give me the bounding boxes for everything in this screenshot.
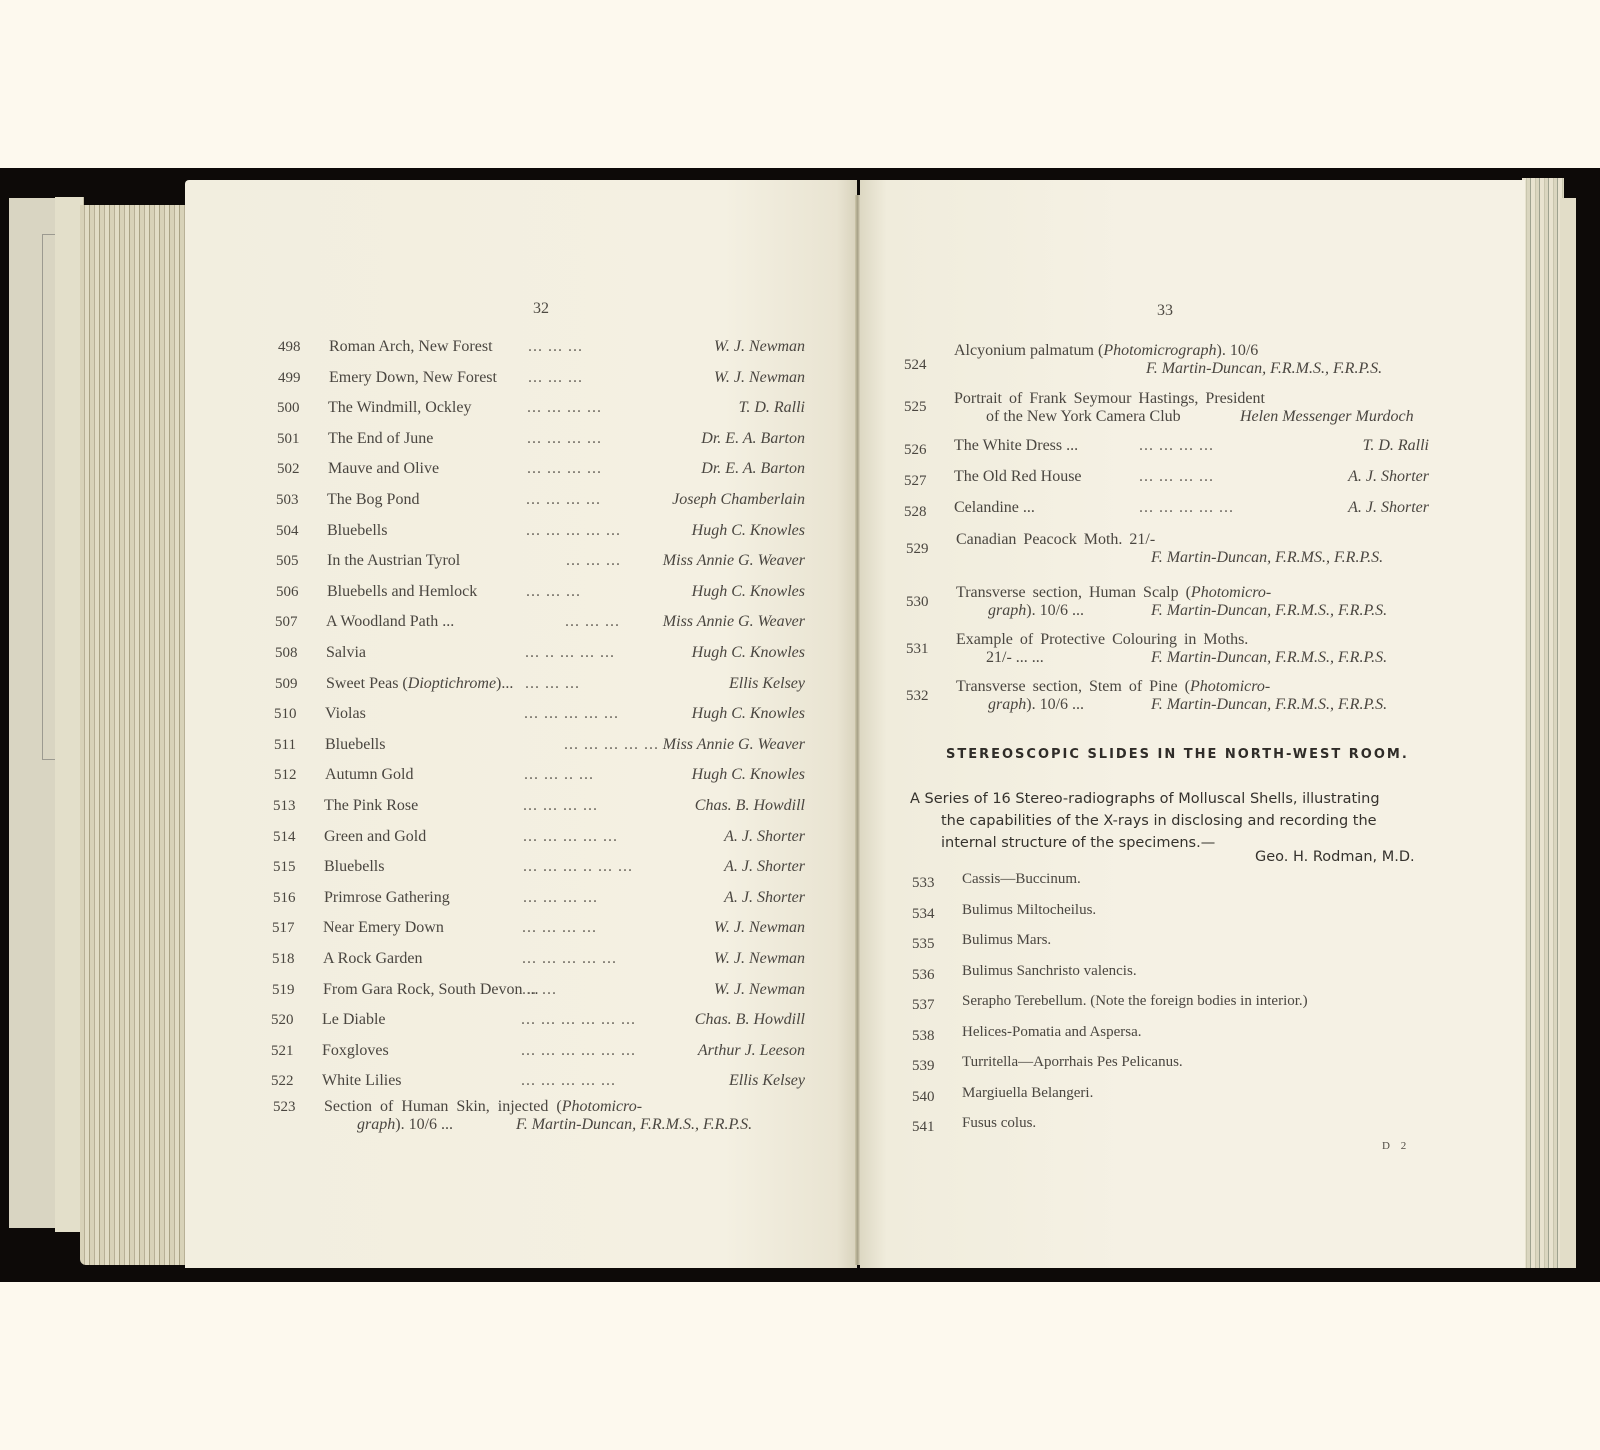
leader-dots: ... ... ... ... bbox=[1139, 437, 1214, 455]
left-insert-diagram-lines bbox=[42, 234, 55, 760]
entry-title: Bluebells bbox=[327, 522, 387, 540]
entry-title: Canadian Peacock Moth. 21/- bbox=[956, 531, 1155, 549]
entry-title: Serapho Terebellum. (Note the foreign bo… bbox=[962, 992, 1308, 1010]
entry-author: Joseph Chamberlain bbox=[672, 491, 805, 509]
leader-dots: ... ... ... ... ... bbox=[564, 736, 659, 754]
entry-number: 540 bbox=[912, 1088, 935, 1106]
entry-number: 537 bbox=[912, 996, 935, 1014]
leader-dots: ... ... ... ... ... ... bbox=[521, 1042, 636, 1060]
entry-number: 532 bbox=[906, 687, 929, 705]
leader-dots: ... ... ... bbox=[528, 369, 583, 387]
entry-title: Roman Arch, New Forest bbox=[329, 338, 493, 356]
entry-number: 505 bbox=[276, 552, 299, 570]
leader-dots: ... ... ... ... ... bbox=[526, 522, 621, 540]
entry-number: 508 bbox=[275, 644, 298, 662]
leader-dots: ... ... ... ... ... bbox=[524, 705, 619, 723]
entry-number: 502 bbox=[277, 460, 300, 478]
entry-author: Arthur J. Leeson bbox=[698, 1042, 805, 1060]
entry-number: 536 bbox=[912, 966, 935, 984]
leader-dots: ... ... ... ... bbox=[527, 399, 602, 417]
entry-title: Fusus colus. bbox=[962, 1114, 1036, 1132]
entry-author: Dr. E. A. Barton bbox=[701, 460, 805, 478]
series-signature: Geo. H. Rodman, M.D. bbox=[1255, 846, 1415, 868]
entry-author: W. J. Newman bbox=[714, 950, 805, 968]
entry-title: Primrose Gathering bbox=[324, 889, 450, 907]
leader-dots: ... ... ... ... bbox=[523, 797, 598, 815]
entry-author: Hugh C. Knowles bbox=[692, 705, 805, 723]
entry-title: Bluebells and Hemlock bbox=[327, 583, 477, 601]
entry-number: 534 bbox=[912, 905, 935, 923]
leader-dots: ... ... ... ... bbox=[523, 889, 598, 907]
entry-title: The Windmill, Ockley bbox=[328, 399, 471, 417]
entry-title: Emery Down, New Forest bbox=[329, 369, 497, 387]
entry-title: Sweet Peas (Dioptichrome)... bbox=[326, 675, 513, 693]
entry-author: Ellis Kelsey bbox=[729, 1072, 805, 1090]
entry-author: F. Martin-Duncan, F.R.M.S., F.R.P.S. bbox=[1146, 360, 1382, 378]
leader-dots: ... ... ... bbox=[565, 613, 620, 631]
entry-title: Violas bbox=[325, 705, 366, 723]
entry-title: Green and Gold bbox=[324, 828, 426, 846]
entry-title: Transverse section, Stem of Pine (Photom… bbox=[956, 678, 1270, 696]
right-cover-board bbox=[1560, 198, 1576, 1268]
entry-author: W. J. Newman bbox=[714, 981, 805, 999]
entry-number: 519 bbox=[272, 981, 295, 999]
leader-dots: ... ... ... bbox=[526, 583, 581, 601]
entry-title: Celandine ... bbox=[954, 499, 1035, 517]
entry-title: Transverse section, Human Scalp (Photomi… bbox=[956, 584, 1271, 602]
entry-number: 522 bbox=[271, 1072, 294, 1090]
entry-author: T. D. Ralli bbox=[1363, 437, 1429, 455]
entry-author: W. J. Newman bbox=[714, 919, 805, 937]
entry-author: Miss Annie G. Weaver bbox=[663, 552, 805, 570]
entry-author: F. Martin-Duncan, F.R.M.S., F.R.P.S. bbox=[516, 1116, 752, 1134]
entry-number: 539 bbox=[912, 1057, 935, 1075]
entry-number: 516 bbox=[273, 889, 296, 907]
entry-number: 501 bbox=[277, 430, 300, 448]
entry-author: A. J. Shorter bbox=[724, 889, 805, 907]
entry-title: Helices-Pomatia and Aspersa. bbox=[962, 1023, 1142, 1041]
leader-dots: ... ... ... .. ... ... bbox=[523, 858, 633, 876]
entry-number: 538 bbox=[912, 1027, 935, 1045]
entry-number: 527 bbox=[904, 472, 927, 490]
entry-title: Le Diable bbox=[322, 1011, 386, 1029]
entry-author: Miss Annie G. Weaver bbox=[663, 736, 805, 754]
leader-dots: ... ... ... bbox=[566, 552, 621, 570]
entry-title: Bulimus Sanchristo valencis. bbox=[962, 962, 1137, 980]
leader-dots: ... ... ... ... bbox=[527, 430, 602, 448]
leader-dots: ... ... ... ... ... bbox=[1139, 499, 1234, 517]
entry-title: The Pink Rose bbox=[324, 797, 418, 815]
entry-author: A. J. Shorter bbox=[724, 858, 805, 876]
entry-title: From Gara Rock, South Devon ... bbox=[323, 981, 539, 999]
entry-number: 513 bbox=[273, 797, 296, 815]
entry-title: Example of Protective Colouring in Moths… bbox=[956, 631, 1248, 649]
entry-number: 528 bbox=[904, 503, 927, 521]
entry-author: Helen Messenger Murdoch bbox=[1240, 408, 1414, 426]
leader-dots: ... ... bbox=[522, 981, 557, 999]
entry-author: Ellis Kelsey bbox=[729, 675, 805, 693]
entry-title: Mauve and Olive bbox=[328, 460, 439, 478]
entry-author: A. J. Shorter bbox=[1348, 468, 1429, 486]
entry-number: 509 bbox=[275, 675, 298, 693]
entry-author: W. J. Newman bbox=[714, 338, 805, 356]
leader-dots: ... .. ... ... ... bbox=[525, 644, 615, 662]
entry-author: F. Martin-Duncan, F.R.M.S., F.R.P.S. bbox=[1151, 696, 1387, 714]
entry-number: 499 bbox=[278, 369, 301, 387]
leader-dots: ... ... ... ... bbox=[1139, 468, 1214, 486]
entry-title: In the Austrian Tyrol bbox=[327, 552, 460, 570]
left-page-edges bbox=[80, 205, 188, 1265]
entry-author: Hugh C. Knowles bbox=[692, 583, 805, 601]
series-description: A Series of 16 Stereo-radiographs of Mol… bbox=[910, 788, 1438, 854]
entry-number: 503 bbox=[276, 491, 299, 509]
leader-dots: ... ... ... bbox=[525, 675, 580, 693]
entry-number: 504 bbox=[276, 522, 299, 540]
entry-title: Turritella—Aporrhais Pes Pelicanus. bbox=[962, 1053, 1183, 1071]
entry-title: A Woodland Path ... bbox=[326, 613, 454, 631]
entry-number: 530 bbox=[906, 593, 929, 611]
page-number-right: 33 bbox=[1157, 302, 1173, 320]
entry-number: 510 bbox=[274, 705, 297, 723]
entry-number: 531 bbox=[906, 640, 929, 658]
entry-number: 517 bbox=[272, 919, 295, 937]
entry-author: F. Martin-Duncan, F.R.M.S., F.R.P.S. bbox=[1151, 602, 1387, 620]
page-number-left: 32 bbox=[533, 300, 549, 318]
entry-title: A Rock Garden bbox=[323, 950, 423, 968]
entry-number: 518 bbox=[272, 950, 295, 968]
entry-author: Chas. B. Howdill bbox=[695, 797, 805, 815]
entry-title: Near Emery Down bbox=[323, 919, 444, 937]
entry-number: 511 bbox=[274, 736, 296, 754]
entry-title: Bluebells bbox=[324, 858, 384, 876]
printer-signature-mark: D 2 bbox=[1382, 1140, 1410, 1152]
entry-number: 521 bbox=[271, 1042, 294, 1060]
entry-author: F. Martin-Duncan, F.R.MS., F.R.P.S. bbox=[1151, 549, 1383, 567]
leader-dots: ... ... ... ... ... bbox=[522, 950, 617, 968]
entry-author: A. J. Shorter bbox=[1348, 499, 1429, 517]
entry-title: Autumn Gold bbox=[325, 766, 413, 784]
entry-author: Hugh C. Knowles bbox=[692, 766, 805, 784]
entry-title: Bluebells bbox=[325, 736, 385, 754]
entry-title: Section of Human Skin, injected ( bbox=[324, 1098, 562, 1115]
entry-title: The Old Red House bbox=[954, 468, 1082, 486]
entry-number: 533 bbox=[912, 874, 935, 892]
leader-dots: ... ... ... ... bbox=[527, 460, 602, 478]
entry-author: Hugh C. Knowles bbox=[692, 522, 805, 540]
entry-number: 520 bbox=[271, 1011, 294, 1029]
leader-dots: ... ... ... ... bbox=[522, 919, 597, 937]
leader-dots: ... ... .. ... bbox=[524, 766, 594, 784]
entry-number: 515 bbox=[273, 858, 296, 876]
entry-title: White Lilies bbox=[322, 1072, 402, 1090]
entry-author: A. J. Shorter bbox=[724, 828, 805, 846]
entry-author: T. D. Ralli bbox=[739, 399, 805, 417]
entry-number: 541 bbox=[912, 1118, 935, 1136]
entry-title: The End of June bbox=[328, 430, 433, 448]
right-page-edges bbox=[1522, 178, 1564, 1268]
entry-author: Hugh C. Knowles bbox=[692, 644, 805, 662]
entry-number: 512 bbox=[274, 766, 297, 784]
entry-number: 498 bbox=[278, 338, 301, 356]
entry-title: Salvia bbox=[326, 644, 366, 662]
leader-dots: ... ... ... ... ... ... bbox=[521, 1011, 636, 1029]
entry-title: The White Dress ... bbox=[954, 437, 1078, 455]
entry-number: 514 bbox=[273, 828, 296, 846]
entry-title: Margiuella Belangeri. bbox=[962, 1084, 1093, 1102]
leader-dots: ... ... ... ... ... bbox=[523, 828, 618, 846]
entry-title: The Bog Pond bbox=[327, 491, 419, 509]
entry-number: 507 bbox=[275, 613, 298, 631]
section-heading: STEREOSCOPIC SLIDES IN THE NORTH-WEST RO… bbox=[946, 747, 1409, 762]
entry-author: Chas. B. Howdill bbox=[695, 1011, 805, 1029]
leader-dots: ... ... ... bbox=[528, 338, 583, 356]
entry-author: F. Martin-Duncan, F.R.M.S., F.R.P.S. bbox=[1151, 649, 1387, 667]
leader-dots: ... ... ... ... ... bbox=[521, 1072, 616, 1090]
entry-author: Dr. E. A. Barton bbox=[701, 430, 805, 448]
entry-number: 500 bbox=[277, 399, 300, 417]
entry-number: 506 bbox=[276, 583, 299, 601]
entry-title: Cassis—Buccinum. bbox=[962, 870, 1081, 888]
entry-number: 526 bbox=[904, 441, 927, 459]
leader-dots: ... ... ... ... bbox=[526, 491, 601, 509]
entry-author: Miss Annie G. Weaver bbox=[663, 613, 805, 631]
entry-title: Foxgloves bbox=[322, 1042, 389, 1060]
entry-author: W. J. Newman bbox=[714, 369, 805, 387]
entry-number: 529 bbox=[906, 540, 929, 558]
entry-number: 523 bbox=[273, 1098, 296, 1116]
entry-number: 535 bbox=[912, 935, 935, 953]
entry-title: Bulimus Miltocheilus. bbox=[962, 901, 1096, 919]
entry-title: Bulimus Mars. bbox=[962, 931, 1051, 949]
